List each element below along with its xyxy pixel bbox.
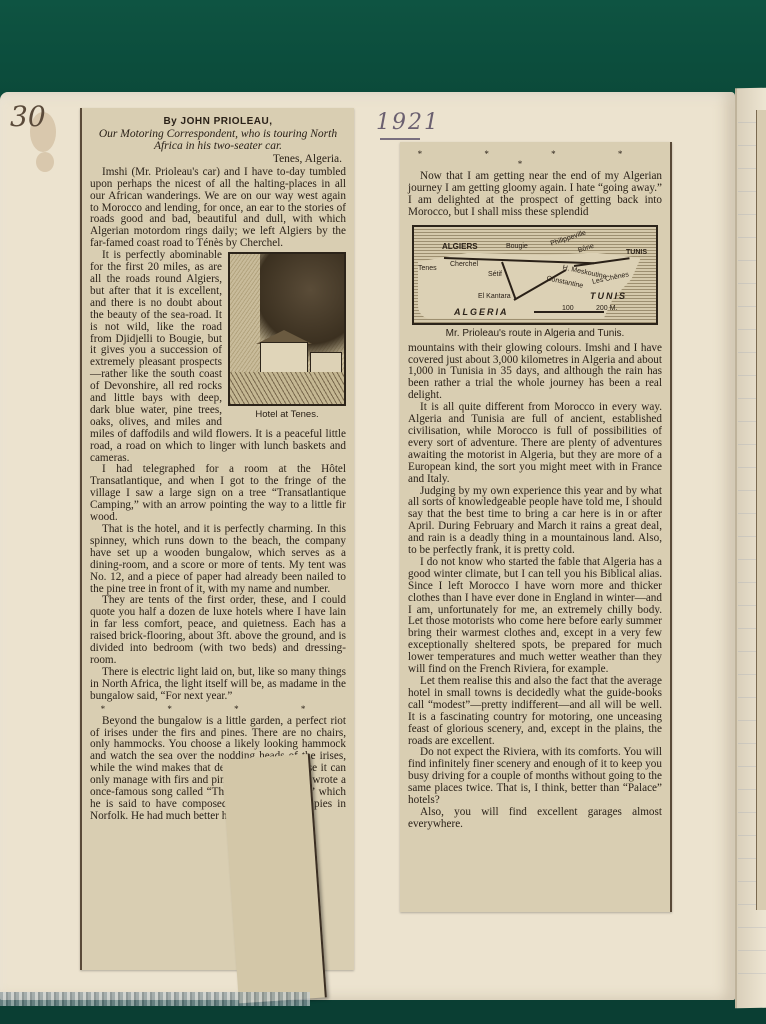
dateline: Tenes, Algeria.: [90, 154, 342, 166]
article-paragraph: I do not know who started the fable that…: [408, 557, 662, 676]
subheading: Our Motoring Correspondent, who is touri…: [90, 128, 346, 152]
map-label-el-kantara: El Kantara: [478, 291, 511, 303]
byline: By JOHN PRIOLEAU,: [90, 116, 346, 128]
map-label-tunis-city: TUNIS: [626, 247, 647, 259]
article-paragraph: They are tents of the first order, these…: [90, 595, 346, 666]
map-label-bougie: Bougie: [506, 241, 528, 253]
green-background-top: [0, 0, 766, 95]
illustration-caption: Hotel at Tenes.: [228, 409, 346, 420]
article-paragraph: It is all quite different from Morocco i…: [408, 402, 662, 485]
article-paragraph: Do not expect the Riviera, with its comf…: [408, 747, 662, 807]
article-paragraph: Also, you will find excellent garages al…: [408, 807, 662, 831]
map-label-algeria-region: ALGERIA: [454, 307, 509, 319]
cloth-fabric: [0, 992, 310, 1006]
year-underline: [380, 138, 420, 140]
map-label-tunis-region: TUNIS: [590, 291, 627, 303]
article-paragraph: Now that I am getting near the end of my…: [408, 171, 662, 219]
year-annotation: 1921: [376, 110, 440, 135]
hotel-illustration: Hotel at Tenes.: [228, 252, 346, 417]
map-label-setif: Sétif: [488, 269, 502, 281]
tent-drawing: [310, 352, 342, 374]
article-paragraph: Judging by my own experience this year a…: [408, 486, 662, 557]
map-label-tenes: Tenes: [418, 263, 437, 275]
hotel-drawing: [228, 252, 346, 406]
article-paragraph: I had telegraphed for a room at the Hôte…: [90, 464, 346, 524]
bungalow-drawing: [260, 342, 308, 374]
route-map: ALGIERS Bougie Philippeville Bône TUNIS …: [412, 225, 658, 325]
facing-page-clipping-edge: [756, 110, 766, 910]
torn-clipping-flap: [222, 754, 327, 1004]
article-paragraph: There is electric light laid on, but, li…: [90, 667, 346, 703]
map-scale-label: 200 M.: [596, 303, 617, 315]
page-number: 30: [10, 100, 46, 133]
map-label-algiers: ALGIERS: [442, 241, 478, 253]
article-paragraph: mountains with their glowing colours. Im…: [408, 343, 662, 403]
article-paragraph: That is the hotel, and it is perfectly c…: [90, 524, 346, 595]
right-newspaper-clipping: * * * * * Now that I am getting near the…: [400, 142, 672, 912]
map-caption: Mr. Prioleau's route in Algeria and Tuni…: [408, 328, 662, 339]
map-label-cherchel: Cherchel: [450, 259, 478, 271]
article-paragraph: Imshi (Mr. Prioleau's car) and I have to…: [90, 167, 346, 250]
flowers-drawing: [230, 372, 344, 404]
section-separator: * * * *: [90, 704, 346, 714]
foxing-stain: [36, 152, 54, 172]
section-separator: * * * * *: [408, 149, 662, 169]
map-scale-label: 100: [562, 303, 574, 315]
article-paragraph: Let them realise this and also the fact …: [408, 676, 662, 747]
